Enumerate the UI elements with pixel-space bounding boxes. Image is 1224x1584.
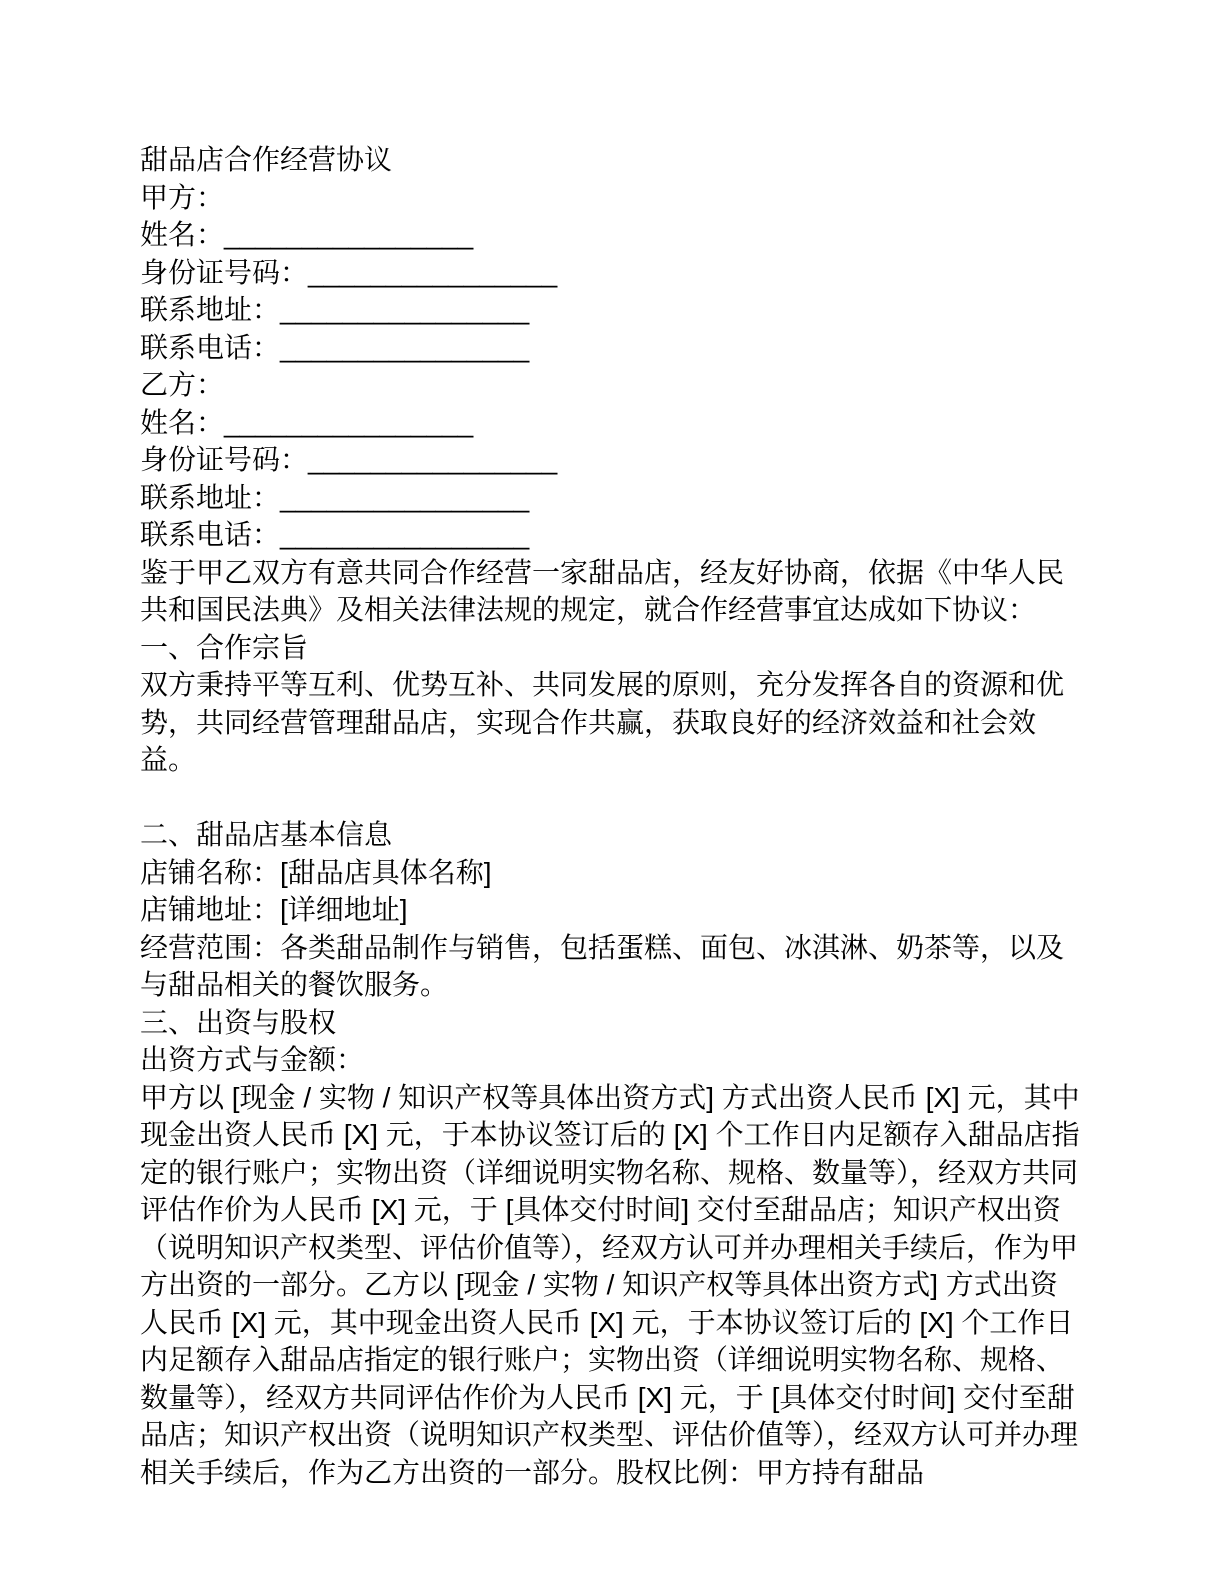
section-1-heading: 一、合作宗旨	[140, 629, 1085, 667]
document-page: 甜品店合作经营协议 甲方： 姓名：________________ 身份证号码：…	[0, 0, 1224, 1584]
shop-name-line: 店铺名称：[甜品店具体名称]	[140, 854, 1085, 892]
section-3-heading: 三、出资与股权	[140, 1004, 1085, 1042]
party-b-heading: 乙方：	[140, 366, 1085, 404]
business-scope-line: 经营范围：各类甜品制作与销售，包括蛋糕、面包、冰淇淋、奶茶等，以及与甜品相关的餐…	[140, 929, 1085, 1004]
party-a-phone-field: 联系电话：________________	[140, 329, 1085, 367]
section-1-body: 双方秉持平等互利、优势互补、共同发展的原则，充分发挥各自的资源和优势，共同经营管…	[140, 666, 1085, 779]
party-a-address-field: 联系地址：________________	[140, 291, 1085, 329]
party-b-id-field: 身份证号码：________________	[140, 441, 1085, 479]
party-a-heading: 甲方：	[140, 179, 1085, 217]
section-2-heading: 二、甜品店基本信息	[140, 816, 1085, 854]
section-3-subheading: 出资方式与金额：	[140, 1041, 1085, 1079]
party-b-name-field: 姓名：________________	[140, 404, 1085, 442]
party-a-name-field: 姓名：________________	[140, 216, 1085, 254]
document-title: 甜品店合作经营协议	[140, 141, 1085, 179]
preamble-paragraph: 鉴于甲乙双方有意共同合作经营一家甜品店，经友好协商，依据《中华人民共和国民法典》…	[140, 554, 1085, 629]
section-3-body: 甲方以 [现金 / 实物 / 知识产权等具体出资方式] 方式出资人民币 [X] …	[140, 1079, 1085, 1492]
party-b-phone-field: 联系电话：________________	[140, 516, 1085, 554]
shop-address-line: 店铺地址：[详细地址]	[140, 891, 1085, 929]
party-a-id-field: 身份证号码：________________	[140, 254, 1085, 292]
blank-line	[140, 779, 1085, 817]
party-b-address-field: 联系地址：________________	[140, 479, 1085, 517]
